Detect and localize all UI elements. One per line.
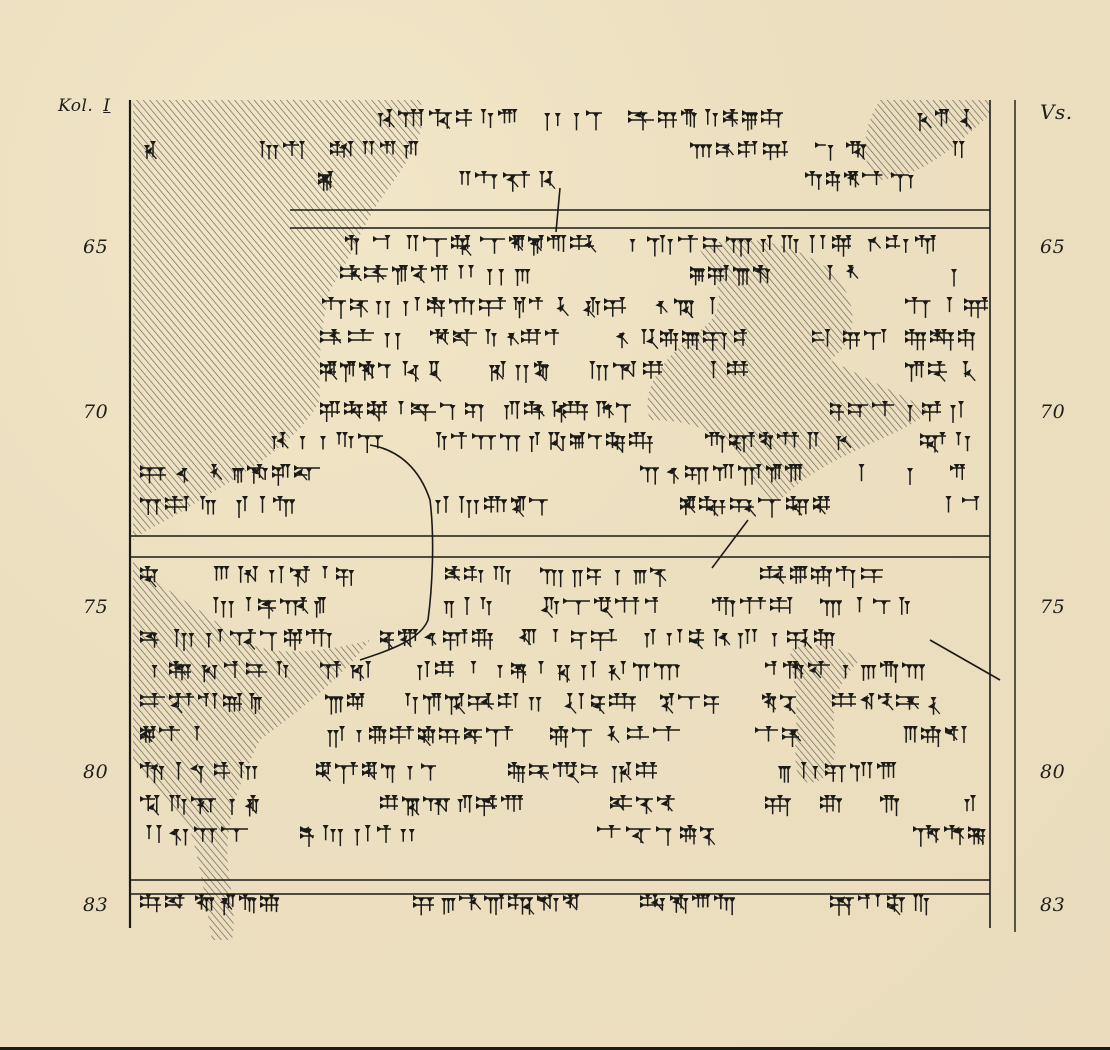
sign-group: 𒀸𒄑𒈬𒌋 [373,235,471,257]
damage-mid-right [647,240,930,502]
sign-group: 𒂊𒅀 [322,297,368,319]
line-number-left-65: 65 [83,236,108,258]
break-curve [360,445,433,660]
sign-group: 𒂊𒁍𒄑 [236,496,295,518]
sign-group: 𒀸𒌋𒂊𒄑𒂊𒁍 [430,329,559,346]
sign-group: 𒄑𒀸𒁍𒄑𒀸 [435,496,548,518]
text-line-69: 𒂊𒂊𒆠𒂊𒅀𒀭𒂊𒅀𒆠𒂊𒁍𒄑𒂊𒁍𒀭𒆠𒌋 [320,361,975,383]
sign-group: 𒂊𒌋𒄑 [445,566,511,585]
sign-group: 𒂊𒁍𒄑 [589,361,663,380]
sign-group: 𒀭𒂊𒄑𒀸 [519,629,617,651]
text-line-66: 𒀸𒄿𒂊𒌋𒂊𒀸𒄑𒆠𒂊𒋾𒀭𒆠𒂊𒅀𒀭 [340,265,957,287]
side-label-obverse: Vs. [1040,100,1073,124]
column-label: Kol. I [58,96,110,116]
sign-group: 𒄑𒂊𒊑𒂊𒁍 [597,825,715,846]
sign-group: 𒂊 [859,464,865,481]
line-number-right-70: 70 [1040,401,1065,423]
sign-group: 𒀭 [950,464,965,480]
sign-group: 𒂊𒀸 [583,297,626,317]
sign-group: 𒅀𒁍𒌋𒂊𒀭 [380,629,493,650]
line-number-right-65: 65 [1040,236,1065,258]
sign-group: 𒂊𒁍𒁉 [544,110,602,131]
sign-group: 𒄑𒂊𒌋𒊑𒂊𒆠𒁍 [320,401,484,422]
sign-group: 𒀭𒄑𒀭𒀸 [640,894,735,915]
sign-group: 𒅀𒂊𒀭 [563,401,631,423]
sign-group: 𒅀𒂊𒀭 [905,329,976,351]
sign-group: 𒀸𒀭 [946,496,980,513]
sign-group: 𒆠 [820,795,842,813]
sign-group: 𒀸𒁍𒄑𒂊𒀸𒄑 [540,567,666,587]
sign-group: 𒂊𒅀 [815,141,866,161]
sign-group: 𒀭𒄑𒁍𒁍𒌋 [778,762,897,783]
sign-group: 𒂊𒀭 [920,432,971,452]
text-line-82: 𒁍𒀸𒂊𒅀𒅀𒅀𒀭𒀸𒄑𒄑𒂊𒊑𒂊𒁍𒁹𒂊𒀭 [146,825,986,847]
text-line-80: 𒁹𒂊𒁍𒅀𒁍𒊑𒊑𒁍𒊑𒂊𒅀𒀸𒀭𒅀𒂊𒅀𒀭𒀭𒄑𒁍𒁍𒌋 [140,762,897,784]
damage-top-right [865,100,990,180]
sign-group: 𒆠𒁍𒄑𒂊𒀸 [480,235,596,256]
damage-lower-left-strip [133,560,370,940]
line-number-left-75: 75 [83,596,108,618]
sign-group: 𒁍𒅀𒁍𒂊 [820,597,910,618]
text-line-83: 𒁹𒄑𒀸𒂊𒅀𒀭𒀸𒄑𒂊𒊑𒀸𒄑𒂊𒀭𒄑𒀭𒀸𒀸𒊑𒌋𒂊 [140,894,929,916]
sign-group: 𒀭𒆠𒄑 [610,795,675,814]
cuneiform-plate: 𒀸𒄿𒁍𒉿𒁀𒌑𒂊𒁍𒁉𒀭𒌋𒈬𒂗𒆷𒊑𒁹𒌓𒀀𒁉𒁹𒁹𒀸𒆠𒀸𒄑𒀭𒂊𒋾𒀭𒆠𒂊𒅀𒀭𒂊𒄑𒌋𒊑𒁍𒂊𒂊… [0,0,1110,1050]
sign-group: 𒁹𒂊𒀭 [913,825,986,847]
sign-group: 𒂊𒂊𒆠𒂊𒅀𒀭 [320,361,441,382]
text-line-73: 𒂊𒅀𒀭𒂊𒁍𒄑𒄑𒀸𒁍𒄑𒀸𒁍𒅀𒀭𒂊𒅀𒄑𒀸𒀭 [140,496,980,518]
sign-group: 𒁹𒂊𒀭 [903,726,967,747]
break-pointer-mid [712,520,748,568]
sign-group: 𒀸𒁍𒄑𒂊𒀸𒄑𒂊𒌋 [376,297,569,318]
line-number-right-75: 75 [1040,596,1065,618]
column-label-text: Kol. [58,96,93,116]
text-line-68: 𒂊𒁍𒄑𒀸𒌋𒂊𒄑𒂊𒁍𒂊𒋾𒀭𒆠𒂊𒀭𒅀𒂊𒀭𒅀𒂊𒀭 [320,329,976,351]
sign-group: 𒀭 [952,141,965,158]
sign-group: 𒂊𒅀𒁍𒀸𒄑𒀸𒀭𒅀𒂊𒁍 [436,432,653,453]
line-number-right-83: 83 [1040,894,1065,916]
sign-group: 𒀸𒄑𒂊𒊑𒀸𒄑𒂊 [413,894,580,915]
sign-group: 𒅀𒂊𒀭 [564,693,636,714]
sign-group: 𒁍𒅀𒄑𒂊𒄑𒂊 [380,795,523,816]
sign-group: 𒊑𒊑𒁍𒊑𒂊𒅀 [316,762,436,784]
sign-group: 𒀭 [951,269,957,287]
text-line-72: 𒄑𒁹𒀸𒂊𒂊𒀸𒄑𒀸𒊑𒌋𒂊𒅀𒂊𒆠𒂊𒅀𒀭 [140,464,965,486]
text-line-74: 𒂊𒀸𒁍𒅀𒄑𒂊𒊑𒂊𒌋𒄑𒀸𒁍𒄑𒂊𒀸𒄑𒁍𒅀𒀭𒌋𒅀 [140,566,883,588]
sign-group: 𒀭𒆠𒌋 [905,361,975,382]
text-line-64: 𒂊𒄑𒌋𒊑𒁍𒂊𒂊𒆠𒀸𒂊 [318,171,914,192]
sign-group: 𒁍𒅀𒀭𒄑𒊑 [832,693,940,715]
sign-group: 𒅀𒅀𒀭𒀸𒄑 [300,825,415,847]
sign-group: 𒀸𒀭𒅀𒂊𒅀𒀭 [508,762,657,783]
sign-group: 𒄑𒌋𒊑𒁍 [459,171,555,192]
sign-group: 𒀭𒁍𒅀𒅀𒊑𒀸𒄑𒁍𒀸𒂊𒀭 [417,661,680,683]
sign-group: 𒅀 [964,795,976,811]
column-numeral: I [103,96,110,116]
sign-group: 𒁹𒂊 [755,726,801,747]
sign-group: 𒅀 [907,468,913,485]
line-number-right-80: 80 [1040,761,1065,783]
sign-group: 𒅀𒂊𒀭 [660,693,719,714]
sign-group: 𒀸𒂊𒁍𒅀𒄑 [550,726,680,748]
sign-group: 𒅀𒄑 [325,693,365,715]
sign-group: 𒀸𒁍𒄑𒂊𒀸 [541,597,658,618]
sign-group: 𒀸𒄿𒂊𒌋𒂊𒀸𒄑𒆠 [340,265,531,286]
sign-group: 𒂊𒋾𒀭𒆠 [690,141,788,160]
tablet-drawing: 𒀸𒄿𒁍𒉿𒁀𒌑𒂊𒁍𒁉𒀭𒌋𒈬𒂗𒆷𒊑𒁹𒌓𒀀𒁉𒁹𒁹𒀸𒆠𒀸𒄑𒀭𒂊𒋾𒀭𒆠𒂊𒅀𒀭𒂊𒄑𒌋𒊑𒁍𒂊𒂊… [0,0,1110,1050]
line-number-left-83: 83 [83,894,108,916]
sign-group: 𒁍𒅀𒀭𒂊𒅀𒄑 [680,496,830,518]
sign-group: 𒅀𒂊𒀭 [504,401,566,423]
text-line-67: 𒂊𒅀𒀸𒁍𒄑𒂊𒀸𒄑𒂊𒌋𒂊𒀸𒅀𒂊𒀭𒂊𒆠𒀭 [322,297,988,319]
sign-group: 𒁍𒅀𒀭𒌋𒅀 [760,566,883,588]
text-line-65: 𒁹𒀸𒄑𒈬𒌋𒆠𒁍𒄑𒂊𒀸𒈬𒀭𒂊𒀸𒄑𒆠𒁍𒂊𒊑𒄑𒂊𒀭 [345,235,936,257]
sign-group: 𒂊𒂊𒀭 [712,597,793,617]
sign-group: 𒁹𒁍𒄑𒂊𒊑 [213,597,327,619]
sign-group: 𒊑 [880,795,900,816]
text-line-81: 𒄑𒊑𒄑𒁍𒀸𒁍𒅀𒄑𒂊𒄑𒂊𒀭𒆠𒄑𒅀𒆠𒊑𒅀 [140,795,976,816]
sign-group: 𒅀 [765,795,791,816]
text-line-75: 𒁹𒁍𒄑𒂊𒊑𒂊𒌋𒄑𒀸𒁍𒄑𒂊𒀸𒂊𒂊𒀭𒁍𒅀𒁍𒂊 [213,597,910,619]
sign-group: 𒀸𒁍𒅀𒄑𒂊𒊑 [214,566,355,587]
sign-group: 𒀸𒊑𒌋𒂊 [830,894,929,916]
sign-group: 𒂊𒅀𒀭𒂊𒄑𒁍𒂊𒂊 [327,726,513,748]
sign-group: 𒀭𒌋𒄑𒅀𒂊𒀭 [405,693,542,715]
sign-group: 𒁍𒅀 [762,693,796,714]
sign-group: 𒀭𒌋𒈬𒂗𒆷𒊑𒁹 [628,109,783,131]
sign-group: 𒂊𒁍𒄑 [320,329,401,350]
break-lines [360,188,1000,680]
line-number-left-70: 70 [83,401,108,423]
sign-group: 𒂊𒆠𒀭 [905,297,988,318]
sign-group: 𒅀𒂊𒀭 [655,297,715,318]
sign-group: 𒂊𒅀𒆠 [489,361,549,383]
damage-hatching [133,100,990,940]
line-number-left-80: 80 [83,761,108,783]
sign-group: 𒂊𒌋𒄑 [444,597,493,618]
